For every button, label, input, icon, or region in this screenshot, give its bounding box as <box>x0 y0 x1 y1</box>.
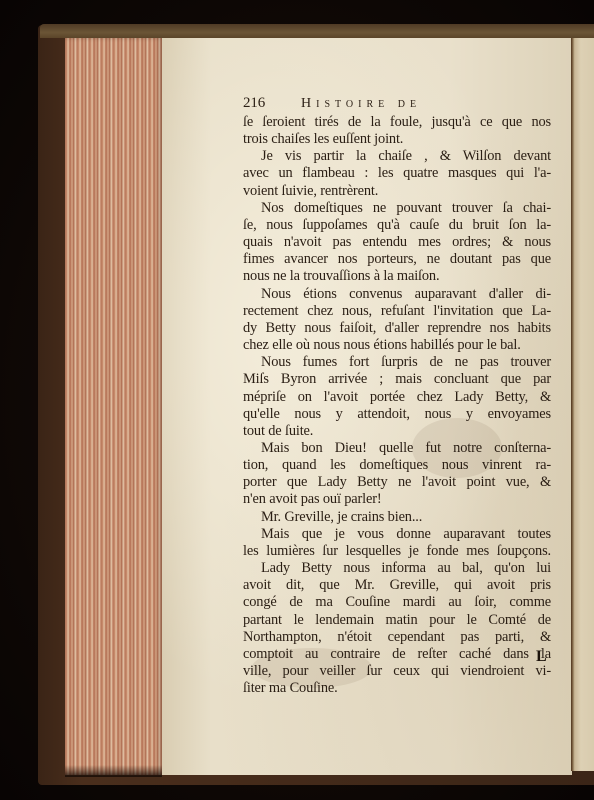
text-line: Nous fumes fort ſurpris de ne pas trouve… <box>243 354 551 371</box>
text-line: Mr. Greville, je crains bien... <box>243 509 551 526</box>
text-line: tion, quand les domeſtiques nous vinrent… <box>243 457 551 474</box>
text-line: tout de ſuite. <box>243 423 551 440</box>
text-line: les lumières ſur lesquelles je fonde mes… <box>243 543 551 560</box>
page-edges-shadow <box>65 765 162 777</box>
text-line: Mais bon Dieu! quelle fut notre conſtern… <box>243 440 551 457</box>
text-line: Lady Betty nous informa au bal, qu'on lu… <box>243 560 551 577</box>
page-number: 216 <box>243 95 301 112</box>
text-line: Je vis partir la chaiſe , & Wilſon devan… <box>243 148 551 165</box>
text-line: Mais que je vous donne auparavant toutes <box>243 526 551 543</box>
text-line: chez elle où nous nous étions habillés p… <box>243 337 551 354</box>
text-line: voient ſuivie, rentrèrent. <box>243 183 551 200</box>
text-line: partant le lendemain matin pour le Comté… <box>243 612 551 629</box>
text-line: comptoit au contraire de reſter caché da… <box>243 646 551 663</box>
text-line: rectement chez nous, refuſant l'invitati… <box>243 303 551 320</box>
text-line: ſiter ma Couſine. <box>243 680 551 697</box>
text-line: Northampton, n'étoit cependant pas parti… <box>243 629 551 646</box>
text-line: Nous étions convenus auparavant d'aller … <box>243 286 551 303</box>
page-text: 216 Histoire de ſe ſeroient tirés de la … <box>243 95 551 697</box>
text-line: dy Betty nous faiſoit, d'aller reprendre… <box>243 320 551 337</box>
text-line: fimes avancer nos porteurs, ne doutant p… <box>243 251 551 268</box>
text-line: n'en avoit pas ouï parler! <box>243 491 551 508</box>
running-head: 216 Histoire de <box>243 95 551 113</box>
text-line: ſe, nous ſuppoſames qu'à cauſe du bruit … <box>243 217 551 234</box>
text-line: nous ne la trouvaſſions à la maiſon. <box>243 268 551 285</box>
text-line: congé de ma Couſine mardi au ſoir, comme <box>243 594 551 611</box>
text-line: Nos domeſtiques ne pouvant trouver ſa ch… <box>243 200 551 217</box>
text-line: quais n'avoit pas entendu mes ordres; & … <box>243 234 551 251</box>
catchword: L <box>536 648 547 666</box>
text-line: ſe ſeroient tirés de la foule, jusqu'à c… <box>243 114 551 131</box>
text-line: ville, pour veiller ſur ceux qui viendro… <box>243 663 551 680</box>
running-head-title: Histoire de <box>301 95 421 112</box>
text-line: avec un flambeau : les quatre masques qu… <box>243 165 551 182</box>
text-line: avoit dit, que Mr. Greville, qui avoit p… <box>243 577 551 594</box>
text-line: Miſs Byron arrivée ; mais concluant que … <box>243 371 551 388</box>
facing-page-edge <box>572 38 594 771</box>
text-line: porter que Lady Betty ne l'avoit point v… <box>243 474 551 491</box>
text-line: mépriſe on l'avoit portée chez Lady Bett… <box>243 389 551 406</box>
text-line: trois chaiſes les euſſent joint. <box>243 131 551 148</box>
page-edges-stack <box>65 38 162 775</box>
text-line: qu'elle nous y attendoit, nous y envoyam… <box>243 406 551 423</box>
book-photo-scene: 216 Histoire de ſe ſeroient tirés de la … <box>0 0 594 800</box>
cover-top-edge <box>40 24 594 38</box>
